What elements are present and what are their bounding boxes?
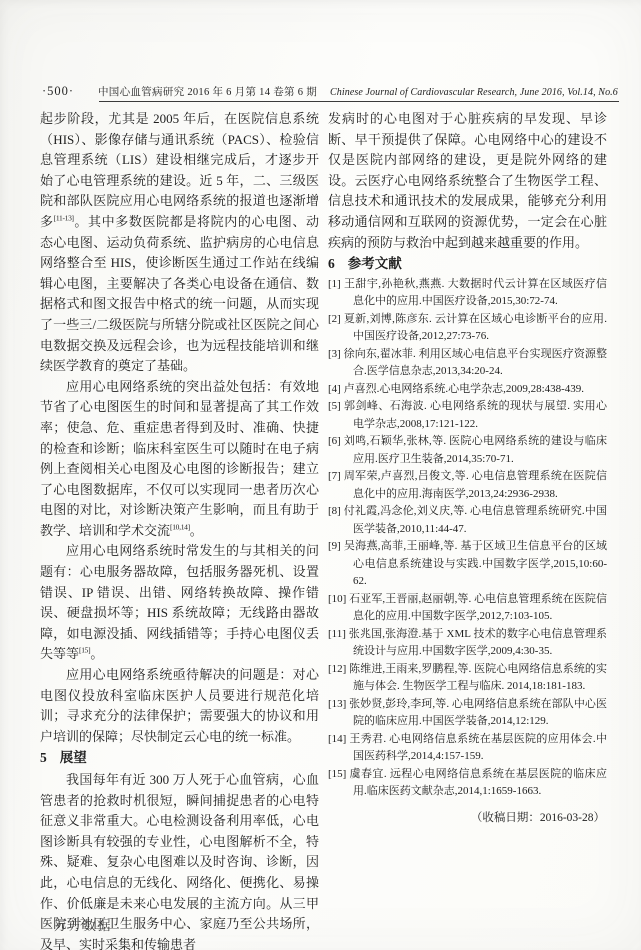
- reference-label: [5]: [328, 400, 341, 412]
- reference-item: [14] 王秀君. 心电网络信息系统在基层医院的应用体会.中国医药科学,2014…: [328, 731, 607, 766]
- section-heading: 5展望: [40, 748, 319, 769]
- page-header: ·500· 中国心血管病研究 2016 年 6 月第 14 卷第 6 期 Chi…: [0, 0, 641, 99]
- body-paragraph: 应用心电网络系统时常发生的与其相关的问题有：心电服务器故障，包括服务器死机、设置…: [40, 541, 319, 665]
- page-number: ·500·: [42, 84, 98, 99]
- section-number: 5: [40, 750, 47, 765]
- reference-item: [3] 徐向东,翟冰菲. 利用区域心电信息平台实现医疗资源整合.医学信息杂志,2…: [328, 346, 607, 381]
- reference-label: [4]: [328, 383, 341, 395]
- reference-item: [1] 王甜宇,孙艳秋,燕燕. 大数据时代云计算在区域医疗信息化中的应用.中国医…: [328, 276, 607, 311]
- reference-label: [9]: [328, 540, 341, 552]
- reference-label: [12]: [328, 663, 346, 675]
- body-paragraph: 应用心电网络系统亟待解决的问题是：对心电图仪投放科室临床医护人员要进行规范化培训…: [40, 665, 319, 747]
- reference-item: [5] 郭剑峰、石海波. 心电网络系统的现状与展望. 实用心电学杂志,2008,…: [328, 398, 607, 433]
- reference-item: [12] 陈维进,王雨来,罗鹏程,等. 医院心电网络信息系统的实施与体会. 生物…: [328, 661, 607, 696]
- journal-title-en: Chinese Journal of Cardiovascular Resear…: [330, 87, 618, 98]
- journal-page: ·500· 中国心血管病研究 2016 年 6 月第 14 卷第 6 期 Chi…: [0, 0, 641, 950]
- reference-item: [11] 张兆国,张海澄.基于 XML 技术的数字心电信息管理系统设计与应用.中…: [328, 626, 607, 661]
- reference-label: [13]: [328, 698, 346, 710]
- section-number: 6: [328, 256, 335, 271]
- reference-item: [4] 卢喜烈.心电网络系统.心电学杂志,2009,28:438-439.: [328, 381, 607, 399]
- reference-item: [7] 周军荣,卢喜烈,吕俊文,等. 心电信息管理系统在医院信息化中的应用.海南…: [328, 468, 607, 503]
- reference-label: [10]: [328, 593, 346, 605]
- reference-item: [8] 付礼霞,冯念伦,刘义庆,等. 心电信息管理系统研究.中国医学装备,201…: [328, 503, 607, 538]
- two-column-body: 起步阶段，尤其是 2005 年后，在医院信息系统（HIS）、影像存储与通讯系统（…: [0, 102, 641, 950]
- reference-label: [6]: [328, 435, 341, 447]
- reference-label: [15]: [328, 768, 346, 780]
- running-head: 中国心血管病研究 2016 年 6 月第 14 卷第 6 期 Chinese J…: [98, 84, 618, 99]
- section-heading: 6参考文献: [328, 254, 607, 275]
- reference-label: [1]: [328, 278, 341, 290]
- journal-title-cn: 中国心血管病研究 2016 年 6 月第 14 卷第 6 期: [98, 84, 317, 99]
- citation-superscript: [10,14]: [170, 523, 190, 532]
- reference-item: [10] 石亚军,王晋丽,赵丽朝,等. 心电信息管理系统在医院信息化的应用.中国…: [328, 591, 607, 626]
- reference-label: [14]: [328, 733, 346, 745]
- reference-label: [7]: [328, 470, 341, 482]
- reference-item: [6] 刘鸣,石颖华,张林,等. 医院心电网络系统的建设与临床应用.医疗卫生装备…: [328, 433, 607, 468]
- left-column: 起步阶段，尤其是 2005 年后，在医院信息系统（HIS）、影像存储与通讯系统（…: [40, 109, 319, 950]
- reference-item: [9] 吴海燕,高菲,王丽峰,等. 基于区域卫生信息平台的区域心电信息系统建设与…: [328, 538, 607, 591]
- section-title: 展望: [60, 750, 87, 765]
- reference-label: [11]: [328, 628, 346, 640]
- reference-label: [2]: [328, 313, 341, 325]
- reference-item: [15] 虞春宜. 远程心电网络信息系统在基层医院的临床应用.临床医药文献杂志,…: [328, 766, 607, 801]
- citation-superscript: [15]: [79, 646, 90, 655]
- reference-item: [13] 张妙贤,彭玲,李珂,等. 心电网络信息系统在部队中心医院的临床应用.中…: [328, 696, 607, 731]
- body-paragraph: 起步阶段，尤其是 2005 年后，在医院信息系统（HIS）、影像存储与通讯系统（…: [40, 109, 319, 377]
- section-title: 参考文献: [348, 256, 402, 271]
- received-date: （收稿日期：2016-03-28）: [328, 808, 607, 829]
- reference-item: [2] 夏新,刘博,陈彦东. 云计算在区域心电诊断平台的应用.中国医疗设备,20…: [328, 311, 607, 346]
- right-column: 发病时的心电图对于心脏疾病的早发现、早诊断、早干预提供了保障。心电网络中心的建设…: [328, 109, 607, 950]
- wanfang-watermark: 万方数据: [54, 915, 112, 934]
- reference-label: [3]: [328, 348, 341, 360]
- body-paragraph: 发病时的心电图对于心脏疾病的早发现、早诊断、早干预提供了保障。心电网络中心的建设…: [328, 109, 607, 253]
- reference-label: [8]: [328, 505, 341, 517]
- body-paragraph: 应用心电网络系统的突出益处包括：有效地节省了心电图医生的时间和显著提高了其工作效…: [40, 377, 319, 542]
- citation-superscript: [11-13]: [54, 214, 74, 223]
